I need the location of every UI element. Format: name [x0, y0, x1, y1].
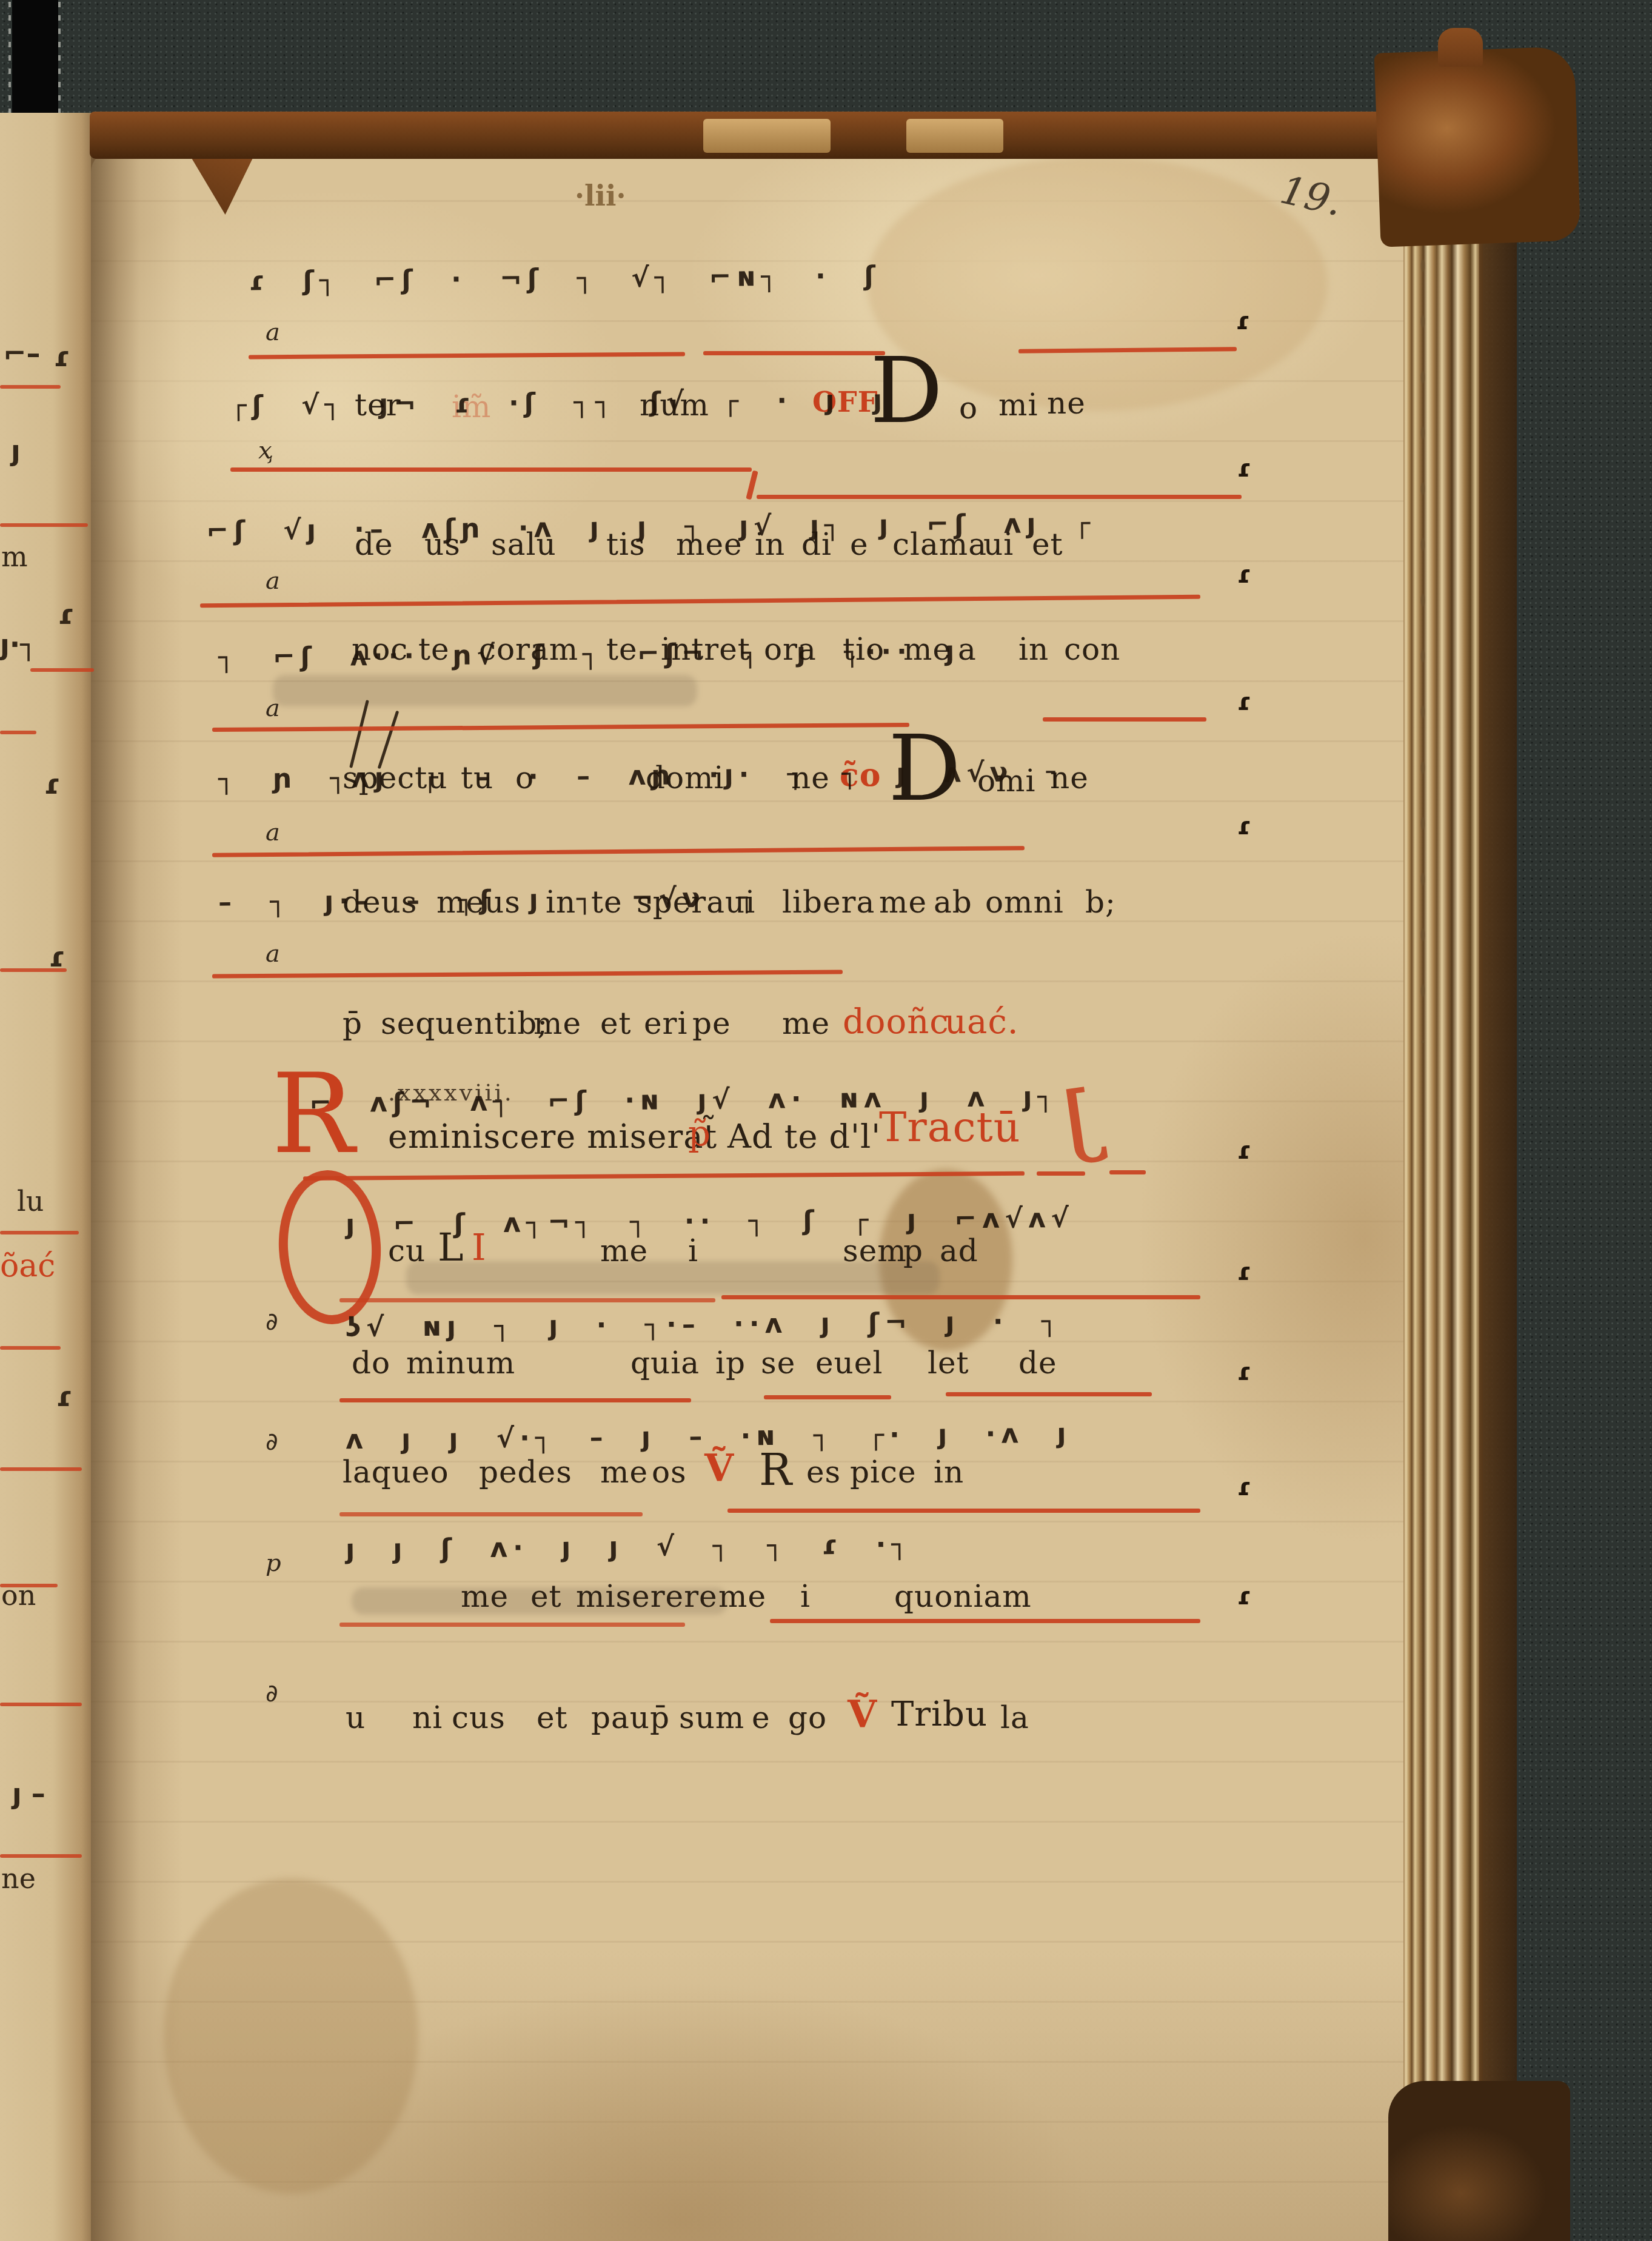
- lyric-syllable: la: [1000, 1703, 1029, 1733]
- margin-letter: a: [266, 942, 280, 966]
- left-neume-fragment: ȷ·┐: [0, 631, 37, 658]
- leather-highlight: [906, 119, 1003, 153]
- custos-mark: ɾ: [1237, 814, 1251, 839]
- custos-fragment: ɾ: [48, 943, 65, 971]
- lyric-syllable: cus: [452, 1703, 506, 1733]
- pricking-marks: [1413, 182, 1433, 1043]
- lyric-syllable: in: [934, 1457, 964, 1487]
- show-through-ghost: [273, 675, 697, 706]
- neume-row: ʌ ȷ ȷ √·┐ – ȷ – ·ɴ ┐ ┌· ȷ ·ʌ ȷ: [346, 1421, 1072, 1453]
- lyric-syllable: me: [718, 1581, 766, 1612]
- custos-fragment: ɾ: [44, 770, 60, 798]
- left-staff-fragment: [0, 1346, 61, 1350]
- staff-line: [757, 495, 1242, 499]
- lyric-syllable: me: [461, 1581, 509, 1612]
- initial-O: [275, 1168, 384, 1327]
- lyric-syllable: p̄: [343, 1008, 363, 1039]
- top-right-leather-corner: [1374, 46, 1581, 247]
- staff-line: [230, 467, 752, 472]
- stitch-line: [8, 0, 11, 127]
- left-page-sliver: [0, 113, 96, 2241]
- lyric-syllable: de: [1018, 1348, 1057, 1378]
- staff-line: [727, 1509, 1200, 1513]
- left-staff-fragment: [0, 731, 36, 734]
- margin-letter: ∂: [266, 1310, 278, 1334]
- lyric-syllable: i: [688, 1236, 698, 1266]
- stitch-line: [58, 0, 61, 127]
- ink-scratch: [349, 700, 369, 768]
- neume-row: ȷ ⌐ ʃ ʌ┐¬┐ ┐ ·· ┐ ʃ ┌ ȷ ⌐ʌ√ʌ√: [346, 1205, 1074, 1238]
- lyric-syllable: cu: [388, 1236, 426, 1266]
- staff-line: [339, 1398, 691, 1402]
- lyric-syllable: mi: [998, 390, 1038, 420]
- lyric-syllable: pice: [850, 1457, 917, 1487]
- lyric-syllable: paup̄: [591, 1703, 670, 1733]
- lyric-syllable: a: [958, 634, 977, 665]
- custos-mark: ɾ: [1237, 1260, 1251, 1284]
- neume-row: ʖ√ ɴȷ ┐ ȷ · ┐·– ··ʌ ȷ ʃ¬ ȷ · ┐: [346, 1308, 1063, 1341]
- staff-line: [703, 351, 885, 355]
- margin-letter: a: [266, 696, 280, 720]
- lyric-syllable: me: [600, 1236, 648, 1266]
- lyric-syllable: con: [1064, 634, 1120, 665]
- left-text-fragment: ne: [1, 1864, 36, 1892]
- left-staff-fragment: [0, 1854, 82, 1858]
- rubric-text: eminiscere miserat̃: [388, 1120, 717, 1153]
- rubric-abbr: p̃: [688, 1116, 711, 1151]
- neume-row: ⌐ ʌʃ¬ ʌ┐ ⌐ʃ ·ɴ ȷ√ ʌ· ɴʌ ȷ ʌ ȷ┐: [309, 1084, 1059, 1117]
- staff-line: [721, 1295, 1200, 1299]
- neume-row: ┐ ⌐ʃ ʌ··· ɲ√ ʃ ┐ ⌐ʃ¬ ┐ ȷ ┐··· ȷ: [218, 638, 960, 672]
- versus-mark: Ṽ: [848, 1695, 877, 1733]
- custos-mark: ɾ: [1237, 563, 1251, 587]
- margin-letter: a: [266, 569, 280, 593]
- left-neume-fragment: ⌐–: [3, 340, 41, 367]
- lyric-syllable: ne: [1047, 388, 1086, 418]
- lyric-syllable: et: [537, 1703, 568, 1733]
- staff-line: [339, 1512, 643, 1516]
- lyric-syllable: os: [652, 1457, 687, 1487]
- lyric-syllable: sum: [679, 1703, 744, 1733]
- left-staff-fragment: [0, 385, 61, 389]
- left-neume-fragment: ȷ –: [12, 1780, 45, 1807]
- left-staff-fragment: [0, 1703, 82, 1706]
- custos-fragment: ɾ: [53, 343, 70, 370]
- manuscript-page: ·lii· 19. a ɾ ʃ┐ ⌐ʃ · ¬ʃ ┐ √┐ ⌐ɴ┐ · ʃ te…: [91, 150, 1403, 2241]
- lyric-syllable: Tribu: [891, 1698, 988, 1732]
- staff-line: [770, 1619, 1200, 1623]
- stain: [164, 1878, 418, 2194]
- left-staff-fragment: [0, 1467, 82, 1471]
- lyric-syllable: me: [533, 1008, 581, 1039]
- neume-row: ┌ʃ √┐ ȷ¬ ɾ ·ʃ ┐┐ ʃ√ ┌ · ȷ ȷ: [230, 387, 888, 419]
- staff-line: [764, 1395, 891, 1399]
- margin-letter: ∂: [266, 1430, 278, 1454]
- lyric-syllable: ab: [934, 887, 972, 917]
- custos-mark: ɾ: [1237, 1475, 1251, 1499]
- lyric-syllable: se: [761, 1348, 795, 1378]
- lyric-capital: R: [759, 1448, 792, 1492]
- rubric-text: Ad te d'l': [727, 1120, 881, 1153]
- lyric-syllable: es: [806, 1457, 841, 1487]
- lyric-syllable: ip: [715, 1348, 746, 1378]
- staff-line: [339, 1298, 715, 1302]
- gutter-shadow: [91, 139, 139, 2241]
- left-text-fragment: lu: [17, 1187, 44, 1215]
- lyric-syllable: do: [352, 1348, 390, 1378]
- lyric-syllable: e: [752, 1703, 771, 1733]
- staff-line: [249, 352, 685, 359]
- left-staff-fragment: [0, 1231, 79, 1234]
- quire-mark: ·lii·: [575, 182, 626, 210]
- lyric-syllable: in: [1018, 634, 1049, 665]
- lyric-syllable: quoniam: [894, 1581, 1032, 1612]
- lyric-syllable: omni: [985, 887, 1064, 917]
- lyric-syllable: sequentib;: [381, 1008, 548, 1039]
- lyric-syllable: euel: [815, 1348, 883, 1378]
- lyric-syllable: go: [788, 1703, 827, 1733]
- custos-mark: ɾ: [1237, 1360, 1251, 1384]
- custos-mark: ɾ: [1236, 309, 1250, 333]
- left-text-fragment: on: [1, 1581, 36, 1609]
- neume-row: ɾ ʃ┐ ⌐ʃ · ¬ʃ ┐ √┐ ⌐ɴ┐ · ʃ: [249, 263, 881, 295]
- margin-letter: ∂: [266, 1681, 278, 1706]
- left-staff-fragment: [30, 668, 94, 672]
- left-rubric-fragment: õać: [0, 1250, 55, 1282]
- staff-line: [1043, 717, 1206, 722]
- manuscript-photo: ⌐– ȷ m ȷ·┐ ɾ ɾ ɾ ɾ lu õać ɾ on ȷ – ne ·l…: [0, 0, 1652, 2241]
- bottom-right-leather: [1388, 2081, 1570, 2241]
- lyric-syllable: laqueo: [343, 1457, 449, 1487]
- lyric-syllable: sem: [843, 1236, 907, 1266]
- lyric-syllable: me: [782, 1008, 830, 1039]
- lyric-syllable: minum: [406, 1348, 515, 1378]
- custos-mark: ɾ: [1237, 1139, 1251, 1163]
- staff-line: [200, 595, 1200, 608]
- neume-row: ┐ ɲ ┐ʌȷ ┌ – · – ʌɲ ·ȷ· ┐ ┐ ȷ ʌ√ν ┐: [218, 759, 1068, 793]
- rubric-note: uać.: [945, 1005, 1019, 1039]
- left-staff-fragment: [0, 523, 88, 527]
- neume-row: – ┐ ȷ·– – ┐ʃ ȷ ┐ ¬√ν ┐: [218, 885, 760, 916]
- neume-row: ȷ ȷ ʃ ʌ· ȷ ȷ √ ┐ ┐ ɾ ·┐: [346, 1532, 913, 1563]
- custos-fragment: ɾ: [58, 600, 74, 628]
- lyric-syllable: miserere: [576, 1581, 718, 1612]
- custos-mark: ɾ: [1237, 1584, 1251, 1609]
- left-neume-fragment: ȷ: [11, 437, 21, 464]
- margin-letter: a: [266, 320, 280, 344]
- left-text-fragment: m: [1, 543, 28, 571]
- rubric-note: dooñc: [843, 1005, 949, 1039]
- lyric-syllable: et: [600, 1008, 632, 1039]
- staff-line: [212, 846, 1025, 857]
- lyric-syllable: pedes: [479, 1457, 572, 1487]
- custos-mark: ɾ: [1237, 457, 1251, 481]
- lyric-syllable: libera: [782, 887, 875, 917]
- lyric-syllable: me: [879, 887, 927, 917]
- staff-line: [339, 1623, 685, 1627]
- lyric-syllable: et: [530, 1581, 562, 1612]
- fore-edge-page-stack: [1399, 152, 1483, 2241]
- neume-row: ⌐ʃ √ȷ ·– ʌʃɲ ·ʌ ȷ ȷ ┐ ȷ√ ȷ┐ ȷ ⌐ʃ ʌȷ ┌: [206, 511, 1096, 545]
- lyric-syllable: p: [903, 1236, 923, 1266]
- spine-black-strip: [12, 0, 58, 118]
- lyric-syllable: o: [959, 393, 978, 423]
- lyric-syllable: ad: [940, 1236, 978, 1266]
- lyric-syllable: b;: [1085, 887, 1116, 917]
- lyric-syllable: quia: [630, 1348, 700, 1378]
- margin-letter: p: [266, 1551, 281, 1575]
- lyric-syllable: me: [600, 1457, 648, 1487]
- leather-highlight: [703, 119, 831, 153]
- lyric-syllable: u: [346, 1703, 366, 1733]
- custos-mark: ɾ: [1237, 690, 1251, 714]
- staff-line: [946, 1392, 1152, 1396]
- lyric-syllable: ni: [412, 1703, 443, 1733]
- margin-letter: a: [266, 820, 280, 845]
- lyric-syllable: eri: [644, 1008, 687, 1039]
- leather-tab: [1438, 28, 1483, 67]
- versus-mark: Ṽ: [704, 1449, 734, 1487]
- lyric-syllable: let: [928, 1348, 969, 1378]
- lyric-syllable: pe: [692, 1008, 731, 1039]
- fore-edge-leather: [1479, 182, 1517, 2122]
- staff-line: [212, 970, 843, 978]
- staff-line: [1037, 1171, 1085, 1176]
- staff-line: [212, 723, 909, 732]
- lyric-syllable: i: [800, 1581, 811, 1612]
- margin-letter: ҳ: [258, 438, 273, 463]
- staff-line: [1109, 1170, 1146, 1174]
- custos-fragment: ɾ: [56, 1382, 72, 1410]
